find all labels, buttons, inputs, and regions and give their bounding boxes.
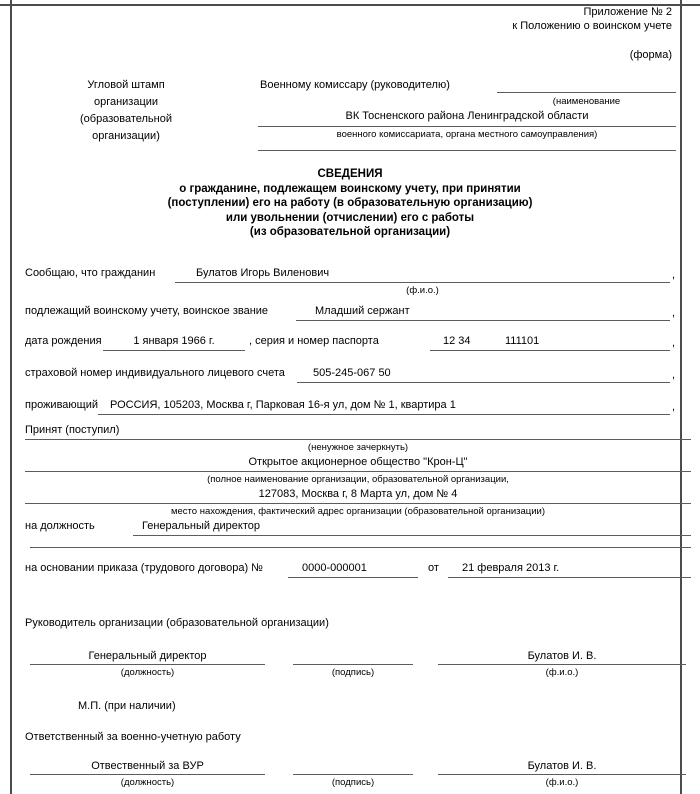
order-number-value: 0000-000001 <box>302 562 367 575</box>
blank-ruled-line <box>30 547 691 548</box>
responsible-section-label: Ответственный за военно-учетную работу <box>25 731 241 744</box>
rank-field-underline <box>296 320 670 321</box>
appendix-note: Приложение № 2 к Положению о воинском уч… <box>512 6 672 33</box>
responsible-name-underline <box>438 774 686 775</box>
head-position-hint: (должность) <box>30 667 265 678</box>
head-signature-hint: (подпись) <box>293 667 413 678</box>
head-section-label: Руководитель организации (образовательно… <box>25 617 329 630</box>
responsible-position-underline <box>30 774 265 775</box>
addressee-extra-underline <box>258 150 676 151</box>
residence-value: РОССИЯ, 105203, Москва г, Парковая 16-я … <box>110 399 456 412</box>
head-name-underline <box>438 664 686 665</box>
appendix-line2: к Положению о воинском учете <box>512 20 672 34</box>
accepted-underline <box>25 439 691 440</box>
position-label: на должность <box>25 520 95 533</box>
addressee-name-underline <box>497 92 676 93</box>
citizen-fio-hint: (ф.и.о.) <box>175 285 670 296</box>
document-title: СВЕДЕНИЯ о гражданине, подлежащем воинск… <box>25 167 675 240</box>
birth-date-underline <box>103 350 245 351</box>
citizen-field-underline <box>175 282 670 283</box>
head-position-underline <box>30 664 265 665</box>
organization-name-hint: (полное наименование организации, образо… <box>25 474 691 485</box>
passport-series-value: 12 34 <box>443 335 471 348</box>
addressee-hint-bottom: военного комиссариата, органа местного с… <box>258 129 676 140</box>
rank-trailing-comma: , <box>672 307 675 320</box>
title-line-1: СВЕДЕНИЯ <box>25 167 675 182</box>
order-label: на основании приказа (трудового договора… <box>25 562 263 575</box>
position-field-underline <box>133 535 691 536</box>
document-page: Приложение № 2 к Положению о воинском уч… <box>0 0 700 794</box>
title-line-3: (поступлении) его на работу (в образоват… <box>25 196 675 211</box>
snils-value: 505-245-067 50 <box>313 367 391 380</box>
residence-trailing-comma: , <box>672 401 675 414</box>
addressee-label: Военному комиссару (руководителю) <box>260 79 450 92</box>
title-line-2: о гражданине, подлежащем воинскому учету… <box>25 182 675 197</box>
snils-label: страховой номер индивидуального лицевого… <box>25 367 285 380</box>
snils-field-underline <box>297 382 670 383</box>
head-position-value: Генеральный директор <box>30 650 265 663</box>
residence-field-underline <box>98 414 670 415</box>
addressee-hint-top: (наименование <box>497 96 676 107</box>
citizen-trailing-comma: , <box>672 269 675 282</box>
accepted-label: Принят (поступил) <box>25 424 119 437</box>
appendix-line1: Приложение № 2 <box>512 6 672 20</box>
passport-label: , серия и номер паспорта <box>249 335 379 348</box>
order-date-value: 21 февраля 2013 г. <box>462 562 559 575</box>
order-number-underline <box>288 577 418 578</box>
head-fio-hint: (ф.и.о.) <box>438 667 686 678</box>
title-line-5: (из образовательной организации) <box>25 225 675 240</box>
organization-address-hint: место нахождения, фактический адрес орга… <box>25 506 691 517</box>
addressee-value: ВК Тосненского района Ленинградской обла… <box>258 110 676 123</box>
stamp-line-3: (образовательной <box>52 111 200 128</box>
form-label: (форма) <box>630 49 672 62</box>
organization-name-underline <box>25 471 691 472</box>
responsible-signature-underline <box>293 774 413 775</box>
responsible-fio-hint: (ф.и.о.) <box>438 777 686 788</box>
title-line-4: или увольнении (отчислении) его с работы <box>25 211 675 226</box>
passport-number-value: 111101 <box>505 335 539 348</box>
passport-trailing-comma: , <box>672 337 675 350</box>
corner-stamp-note: Угловой штамп организации (образовательн… <box>52 77 200 145</box>
position-value: Генеральный директор <box>142 520 260 533</box>
stamp-line-2: организации <box>52 94 200 111</box>
organization-address-value: 127083, Москва г, 8 Марта ул, дом № 4 <box>25 488 691 501</box>
birth-date-label: дата рождения <box>25 335 102 348</box>
accepted-hint: (ненужное зачеркнуть) <box>25 442 691 453</box>
birth-date-value: 1 января 1966 г. <box>103 335 245 348</box>
residence-label: проживающий <box>25 399 98 412</box>
stamp-line-4: организации) <box>52 128 200 145</box>
head-name-value: Булатов И. В. <box>438 650 686 663</box>
responsible-position-value: Отвественный за ВУР <box>30 760 265 773</box>
order-date-underline <box>448 577 691 578</box>
addressee-value-underline <box>258 126 676 127</box>
organization-address-underline <box>25 503 691 504</box>
citizen-label: Сообщаю, что гражданин <box>25 267 155 280</box>
rank-label: подлежащий воинскому учету, воинское зва… <box>25 305 268 318</box>
snils-trailing-comma: , <box>672 369 675 382</box>
responsible-name-value: Булатов И. В. <box>438 760 686 773</box>
responsible-position-hint: (должность) <box>30 777 265 788</box>
order-from-label: от <box>428 562 439 575</box>
responsible-signature-hint: (подпись) <box>293 777 413 788</box>
stamp-place-note: М.П. (при наличии) <box>78 700 176 713</box>
rank-value: Младший сержант <box>315 305 410 318</box>
passport-field-underline <box>430 350 670 351</box>
stamp-line-1: Угловой штамп <box>52 77 200 94</box>
organization-name-value: Открытое акционерное общество "Крон-Ц" <box>25 456 691 469</box>
page-frame-left-border <box>10 0 12 794</box>
head-signature-underline <box>293 664 413 665</box>
citizen-name-value: Булатов Игорь Виленович <box>196 267 329 280</box>
